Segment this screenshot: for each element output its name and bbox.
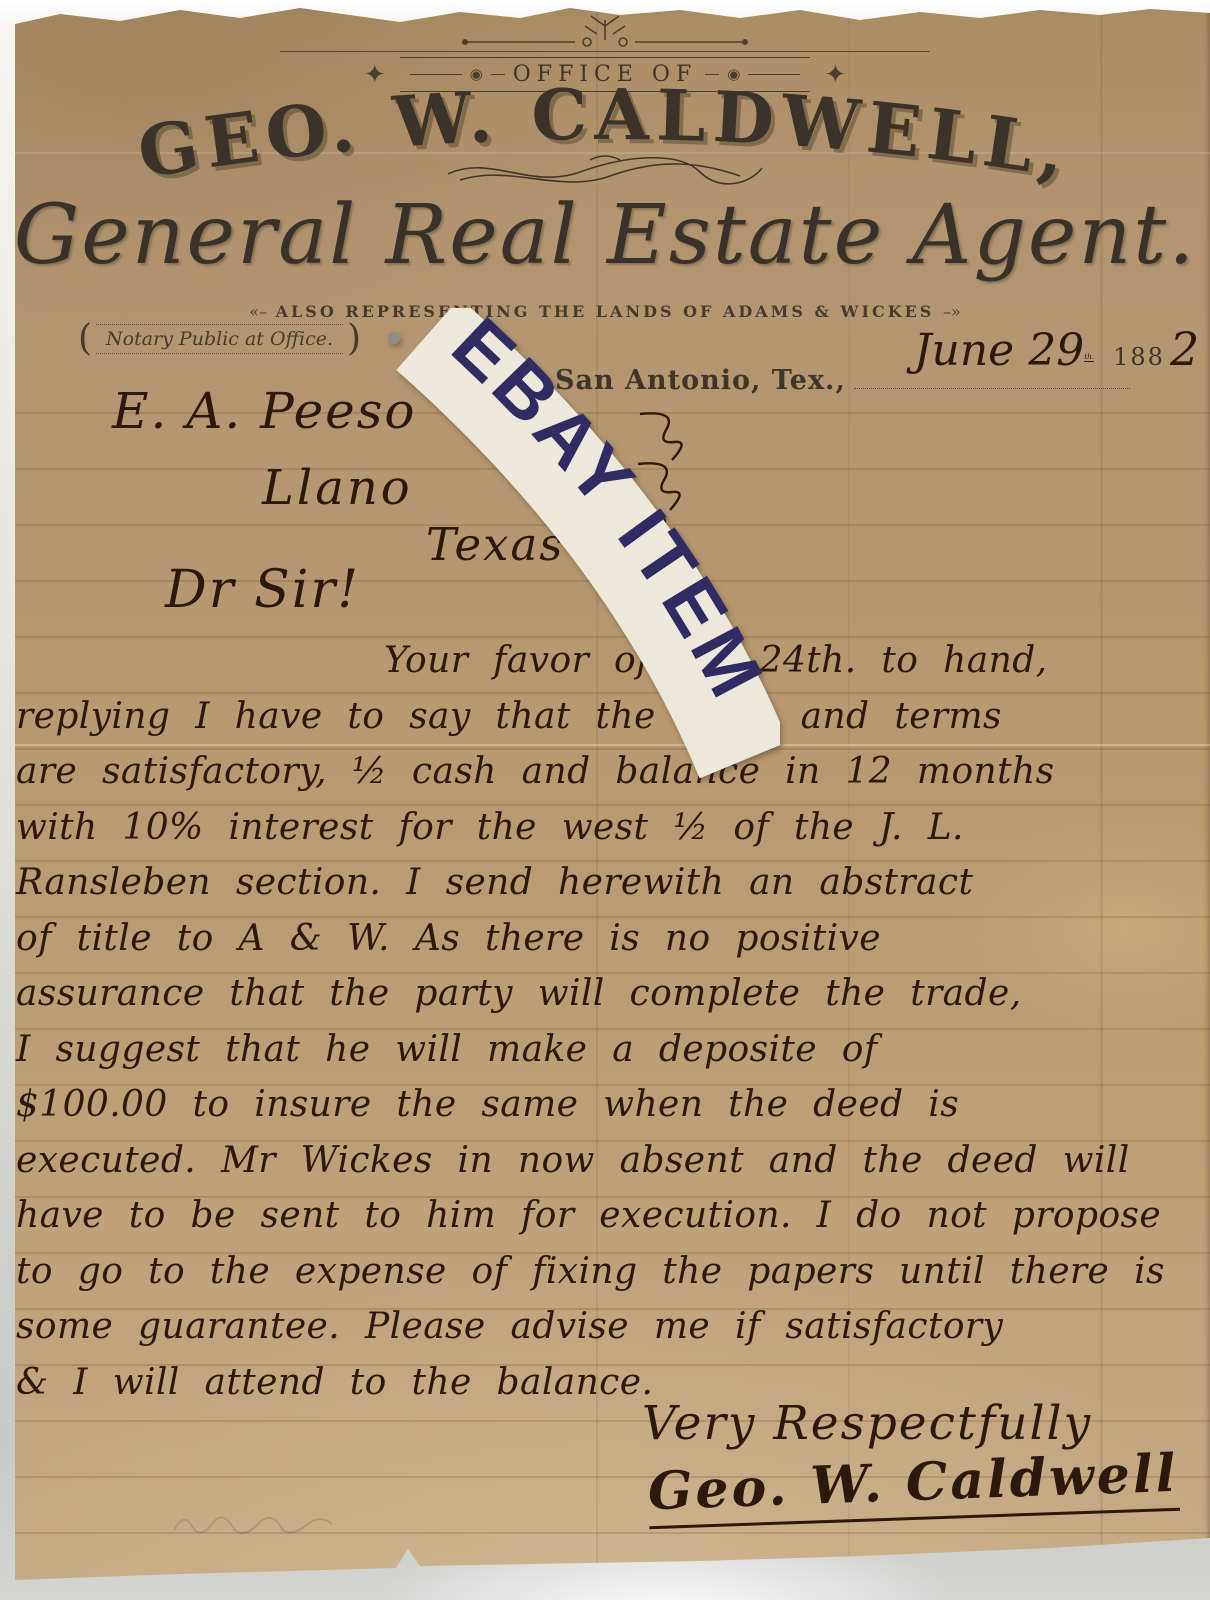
date-ordinal-suffix: th. [1084, 352, 1094, 362]
body-line: I suggest that he will make a deposite o… [16, 1029, 1181, 1085]
letter-paper-sheet: ✦ ◉ OFFICE OF ◉ ✦ GEO. W. CALDWELL, GEO.… [0, 0, 1210, 1600]
underline-flourish-icon [440, 150, 770, 192]
ebay-item-sticker: EBAY ITEM [356, 308, 780, 790]
body-line: with 10% interest for the west ½ of the … [16, 807, 1181, 863]
body-line: to go to the expense of fixing the paper… [16, 1251, 1181, 1307]
sticker-tack-icon [388, 332, 400, 344]
body-line: $100.00 to insure the same when the deed… [16, 1084, 1181, 1140]
leaf-ornament-icon: –» [943, 302, 961, 321]
handwritten-date: June 29th. 188 2 [914, 322, 1199, 376]
handwritten-year-digit: 2 [1170, 322, 1199, 376]
pencil-scribble [168, 1502, 338, 1542]
letterhead-rule [280, 51, 930, 52]
business-title: General Real Estate Agent. [0, 188, 1210, 283]
body-line: executed. Mr Wickes in now absent and th… [16, 1140, 1181, 1196]
scanned-letter: ✦ ◉ OFFICE OF ◉ ✦ GEO. W. CALDWELL, GEO.… [0, 0, 1210, 1600]
body-line: Ransleben section. I send herewith an ab… [16, 862, 1181, 918]
sticker-text: EBAY ITEM [436, 308, 780, 714]
salutation: Dr Sir! [165, 560, 360, 620]
letterhead-top-flourish-icon [455, 14, 755, 50]
printed-year-188: 188 [1113, 343, 1165, 371]
paren-left: ( [78, 318, 92, 359]
complimentary-closing: Very Respectfully [642, 1396, 1092, 1451]
date-month-day: June 29 [914, 325, 1084, 376]
body-line: assurance that the party will complete t… [16, 973, 1181, 1029]
body-line: of title to A & W. As there is no positi… [16, 918, 1181, 974]
body-line: some guarantee. Please advise me if sati… [16, 1306, 1181, 1362]
body-line: have to be sent to him for execution. I … [16, 1195, 1181, 1251]
notary-public-label: ( Notary Public at Office. ) [78, 318, 361, 359]
dotted-date-rule: June 29th. 188 2 [854, 344, 1130, 389]
notary-text: Notary Public at Office. [96, 324, 343, 354]
svg-text:EBAY ITEM: EBAY ITEM [436, 308, 780, 714]
